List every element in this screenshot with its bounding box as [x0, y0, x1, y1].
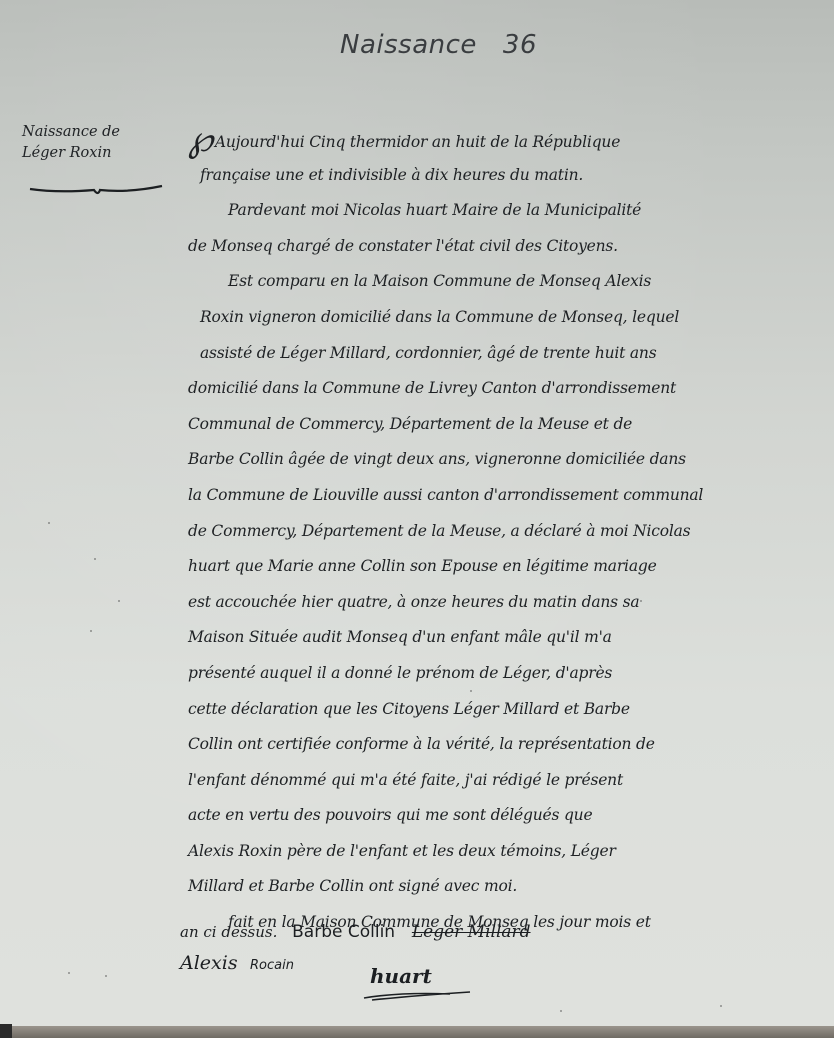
body-line: cette déclaration que les Citoyens Léger…: [188, 692, 828, 728]
body-line: l'enfant dénommé qui m'a été faite, j'ai…: [188, 763, 828, 799]
signature-leger-millard: Leger Millard: [412, 922, 531, 942]
signature-alexis-first: Alexis: [180, 952, 238, 974]
body-line: Roxin vigneron domicilié dans la Commune…: [188, 300, 828, 336]
page-bottom-edge: [8, 1026, 834, 1038]
body-line: Maison Située audit Monseq d'un enfant m…: [188, 620, 828, 656]
body-line: assisté de Léger Millard, cordonnier, âg…: [188, 336, 828, 372]
signature-barbe-collin: Barbe Collin: [292, 922, 395, 942]
body-line: domicilié dans la Commune de Livrey Cant…: [188, 371, 828, 407]
body-line: Barbe Collin âgée de vingt deux ans, vig…: [188, 442, 828, 478]
body-line: acte en vertu des pouvoirs qui me sont d…: [188, 798, 828, 834]
body-line: huart que Marie anne Collin son Epouse e…: [188, 549, 828, 585]
body-line: Communal de Commercy, Département de la …: [188, 407, 828, 443]
body-line: Est comparu en la Maison Commune de Mons…: [188, 264, 828, 300]
body-line: est accouchée hier quatre, à onze heures…: [188, 585, 828, 621]
page-corner-shadow: [0, 1024, 12, 1038]
record-body: ℘Aujourd'hui Cinq thermidor an huit de l…: [188, 122, 828, 941]
body-line: ℘Aujourd'hui Cinq thermidor an huit de l…: [188, 122, 828, 158]
body-line: Collin ont certifiée conforme à la vérit…: [188, 727, 828, 763]
closing-text: an ci dessus.: [180, 923, 277, 941]
margin-note-line-1: Naissance de: [22, 122, 172, 143]
margin-note: Naissance de Léger Roxin: [22, 122, 172, 164]
drop-cap-flourish-icon: ℘: [188, 119, 213, 160]
page-label-title: Naissance: [340, 30, 477, 60]
body-line: Pardevant moi Nicolas huart Maire de la …: [188, 193, 828, 229]
body-line: française une et indivisible à dix heure…: [188, 158, 828, 194]
signature-alexis-last: Rocain: [250, 958, 294, 973]
margin-note-line-2: Léger Roxin: [22, 143, 172, 164]
document-page: Naissance36 Naissance de Léger Roxin ℘Au…: [0, 0, 834, 1038]
page-label: Naissance36: [340, 30, 537, 60]
signature-underline-icon: [360, 988, 480, 1002]
page-number: 36: [503, 30, 537, 60]
body-line: Alexis Roxin père de l'enfant et les deu…: [188, 834, 828, 870]
body-line: de Monseq chargé de constater l'état civ…: [188, 229, 828, 265]
body-line: de Commercy, Département de la Meuse, a …: [188, 514, 828, 550]
signature-row: an ci dessus. Barbe Collin Leger Millard: [180, 922, 531, 942]
body-line: Millard et Barbe Collin ont signé avec m…: [188, 869, 828, 905]
signature-mayor-huart: huart: [370, 964, 432, 988]
flourish-divider-icon: [28, 184, 164, 196]
body-line: la Commune de Liouville aussi canton d'a…: [188, 478, 828, 514]
body-line: présenté auquel il a donné le prénom de …: [188, 656, 828, 692]
